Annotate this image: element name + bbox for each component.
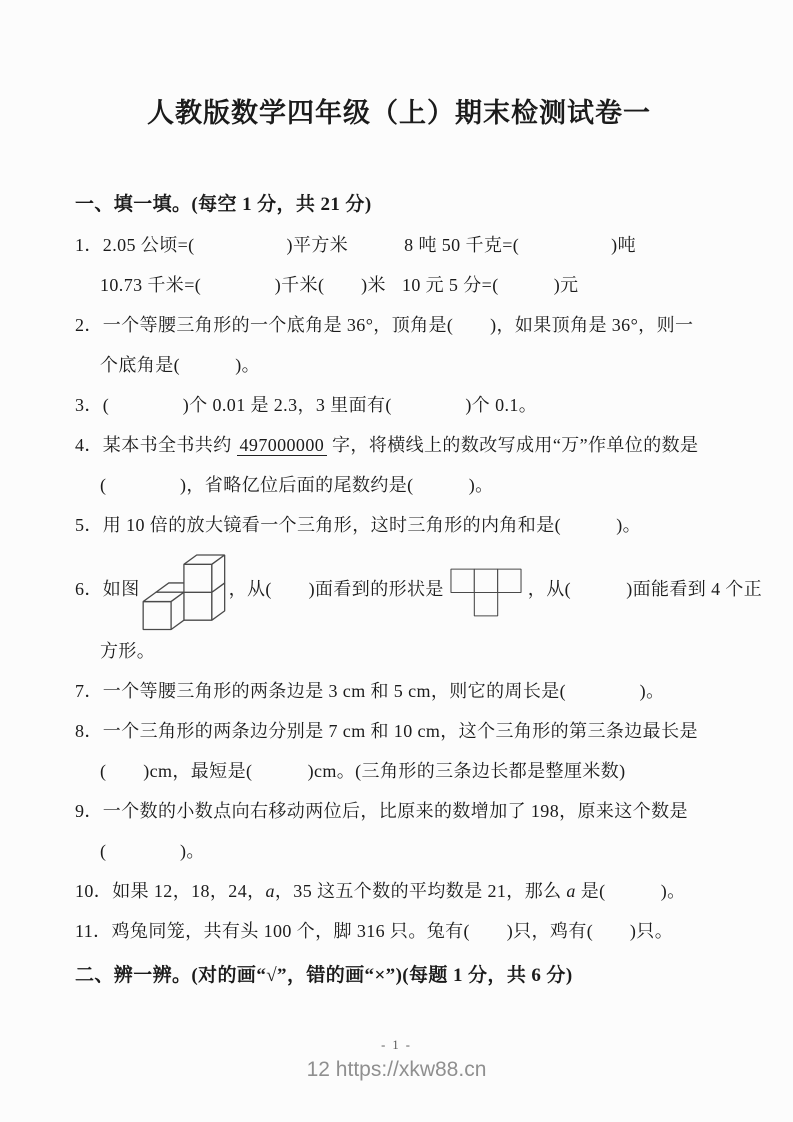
q4-suffix: 字，将横线上的数改写成用“万”作单位的数是 [332, 435, 698, 455]
question-2-line-1: 2．一个等腰三角形的一个底角是 36°，顶角是( )，如果顶角是 36°，则一 [75, 305, 723, 345]
section-1-header: 一、填一填。(每空 1 分，共 21 分) [75, 185, 723, 225]
q6-text-a: 6．如图 [75, 575, 140, 601]
q10-variable-a-2: a [566, 881, 575, 901]
q6-text-c: ，从( )面能看到 4 个正 [528, 575, 762, 601]
question-1-line-2: 10.73 千米=( )千米( )米10 元 5 分=( )元 [75, 265, 723, 305]
q1-part-b: 8 吨 50 千克=( )吨 [404, 235, 636, 255]
q1-part-a: 1．2.05 公顷=( )平方米 [75, 235, 348, 255]
q10-part-b: ，35 这五个数的平均数是 21，那么 [275, 881, 567, 901]
question-5: 5．用 10 倍的放大镜看一个三角形，这时三角形的内角和是( )。 [75, 505, 723, 545]
question-3: 3．( )个 0.01 是 2.3，3 里面有( )个 0.1。 [75, 385, 723, 425]
page-content: 人教版数学四年级（上）期末检测试卷一 一、填一填。(每空 1 分，共 21 分)… [0, 0, 793, 996]
q10-part-c: 是( )。 [576, 881, 686, 901]
question-8-line-1: 8．一个三角形的两条边分别是 7 cm 和 10 cm，这个三角形的第三条边最长… [75, 711, 723, 751]
q4-underlined-number: 497000000 [237, 435, 328, 456]
question-6-line-1: 6．如图 ，从( )面看到的形状是 [75, 545, 723, 631]
question-2-line-2: 个底角是( )。 [75, 345, 723, 385]
section-2-header: 二、辨一辨。(对的画“√”，错的画“×”)(每题 1 分，共 6 分) [75, 956, 723, 996]
question-4-line-2: ( )，省略亿位后面的尾数约是( )。 [75, 465, 723, 505]
isometric-cubes-figure-icon [142, 549, 227, 632]
question-7: 7．一个等腰三角形的两条边是 3 cm 和 5 cm，则它的周长是( )。 [75, 671, 723, 711]
q10-variable-a-1: a [266, 881, 275, 901]
question-9-line-2: ( )。 [75, 831, 723, 871]
q10-part-a: 10．如果 12，18，24， [75, 881, 266, 901]
question-9-line-1: 9．一个数的小数点向右移动两位后，比原来的数增加了 198，原来这个数是 [75, 791, 723, 831]
question-8-line-2: ( )cm，最短是( )cm。(三角形的三条边长都是整厘米数) [75, 751, 723, 791]
question-1-line-1: 1．2.05 公顷=( )平方米8 吨 50 千克=( )吨 [75, 225, 723, 265]
question-4-line-1: 4．某本书全书共约 497000000 字，将横线上的数改写成用“万”作单位的数… [75, 425, 723, 465]
question-11: 11．鸡兔同笼，共有头 100 个，脚 316 只。兔有( )只，鸡有( )只。 [75, 911, 723, 951]
q1-part-c: 10.73 千米=( )千米( )米 [100, 275, 386, 295]
page-number: - 1 - [0, 1038, 793, 1053]
exam-paper-page: 人教版数学四年级（上）期末检测试卷一 一、填一填。(每空 1 分，共 21 分)… [0, 0, 793, 1122]
footer-site-url: 12 https://xkw88.cn [0, 1058, 793, 1082]
page-title: 人教版数学四年级（上）期末检测试卷一 [75, 96, 723, 131]
question-10: 10．如果 12，18，24，a，35 这五个数的平均数是 21，那么 a 是(… [75, 871, 723, 911]
t-shaped-squares-figure-icon [450, 568, 522, 617]
q4-prefix: 4．某本书全书共约 [75, 435, 232, 455]
q1-part-d: 10 元 5 分=( )元 [402, 275, 579, 295]
question-6-line-2: 方形。 [75, 631, 723, 671]
q6-text-b: ，从( )面看到的形状是 [229, 575, 444, 601]
